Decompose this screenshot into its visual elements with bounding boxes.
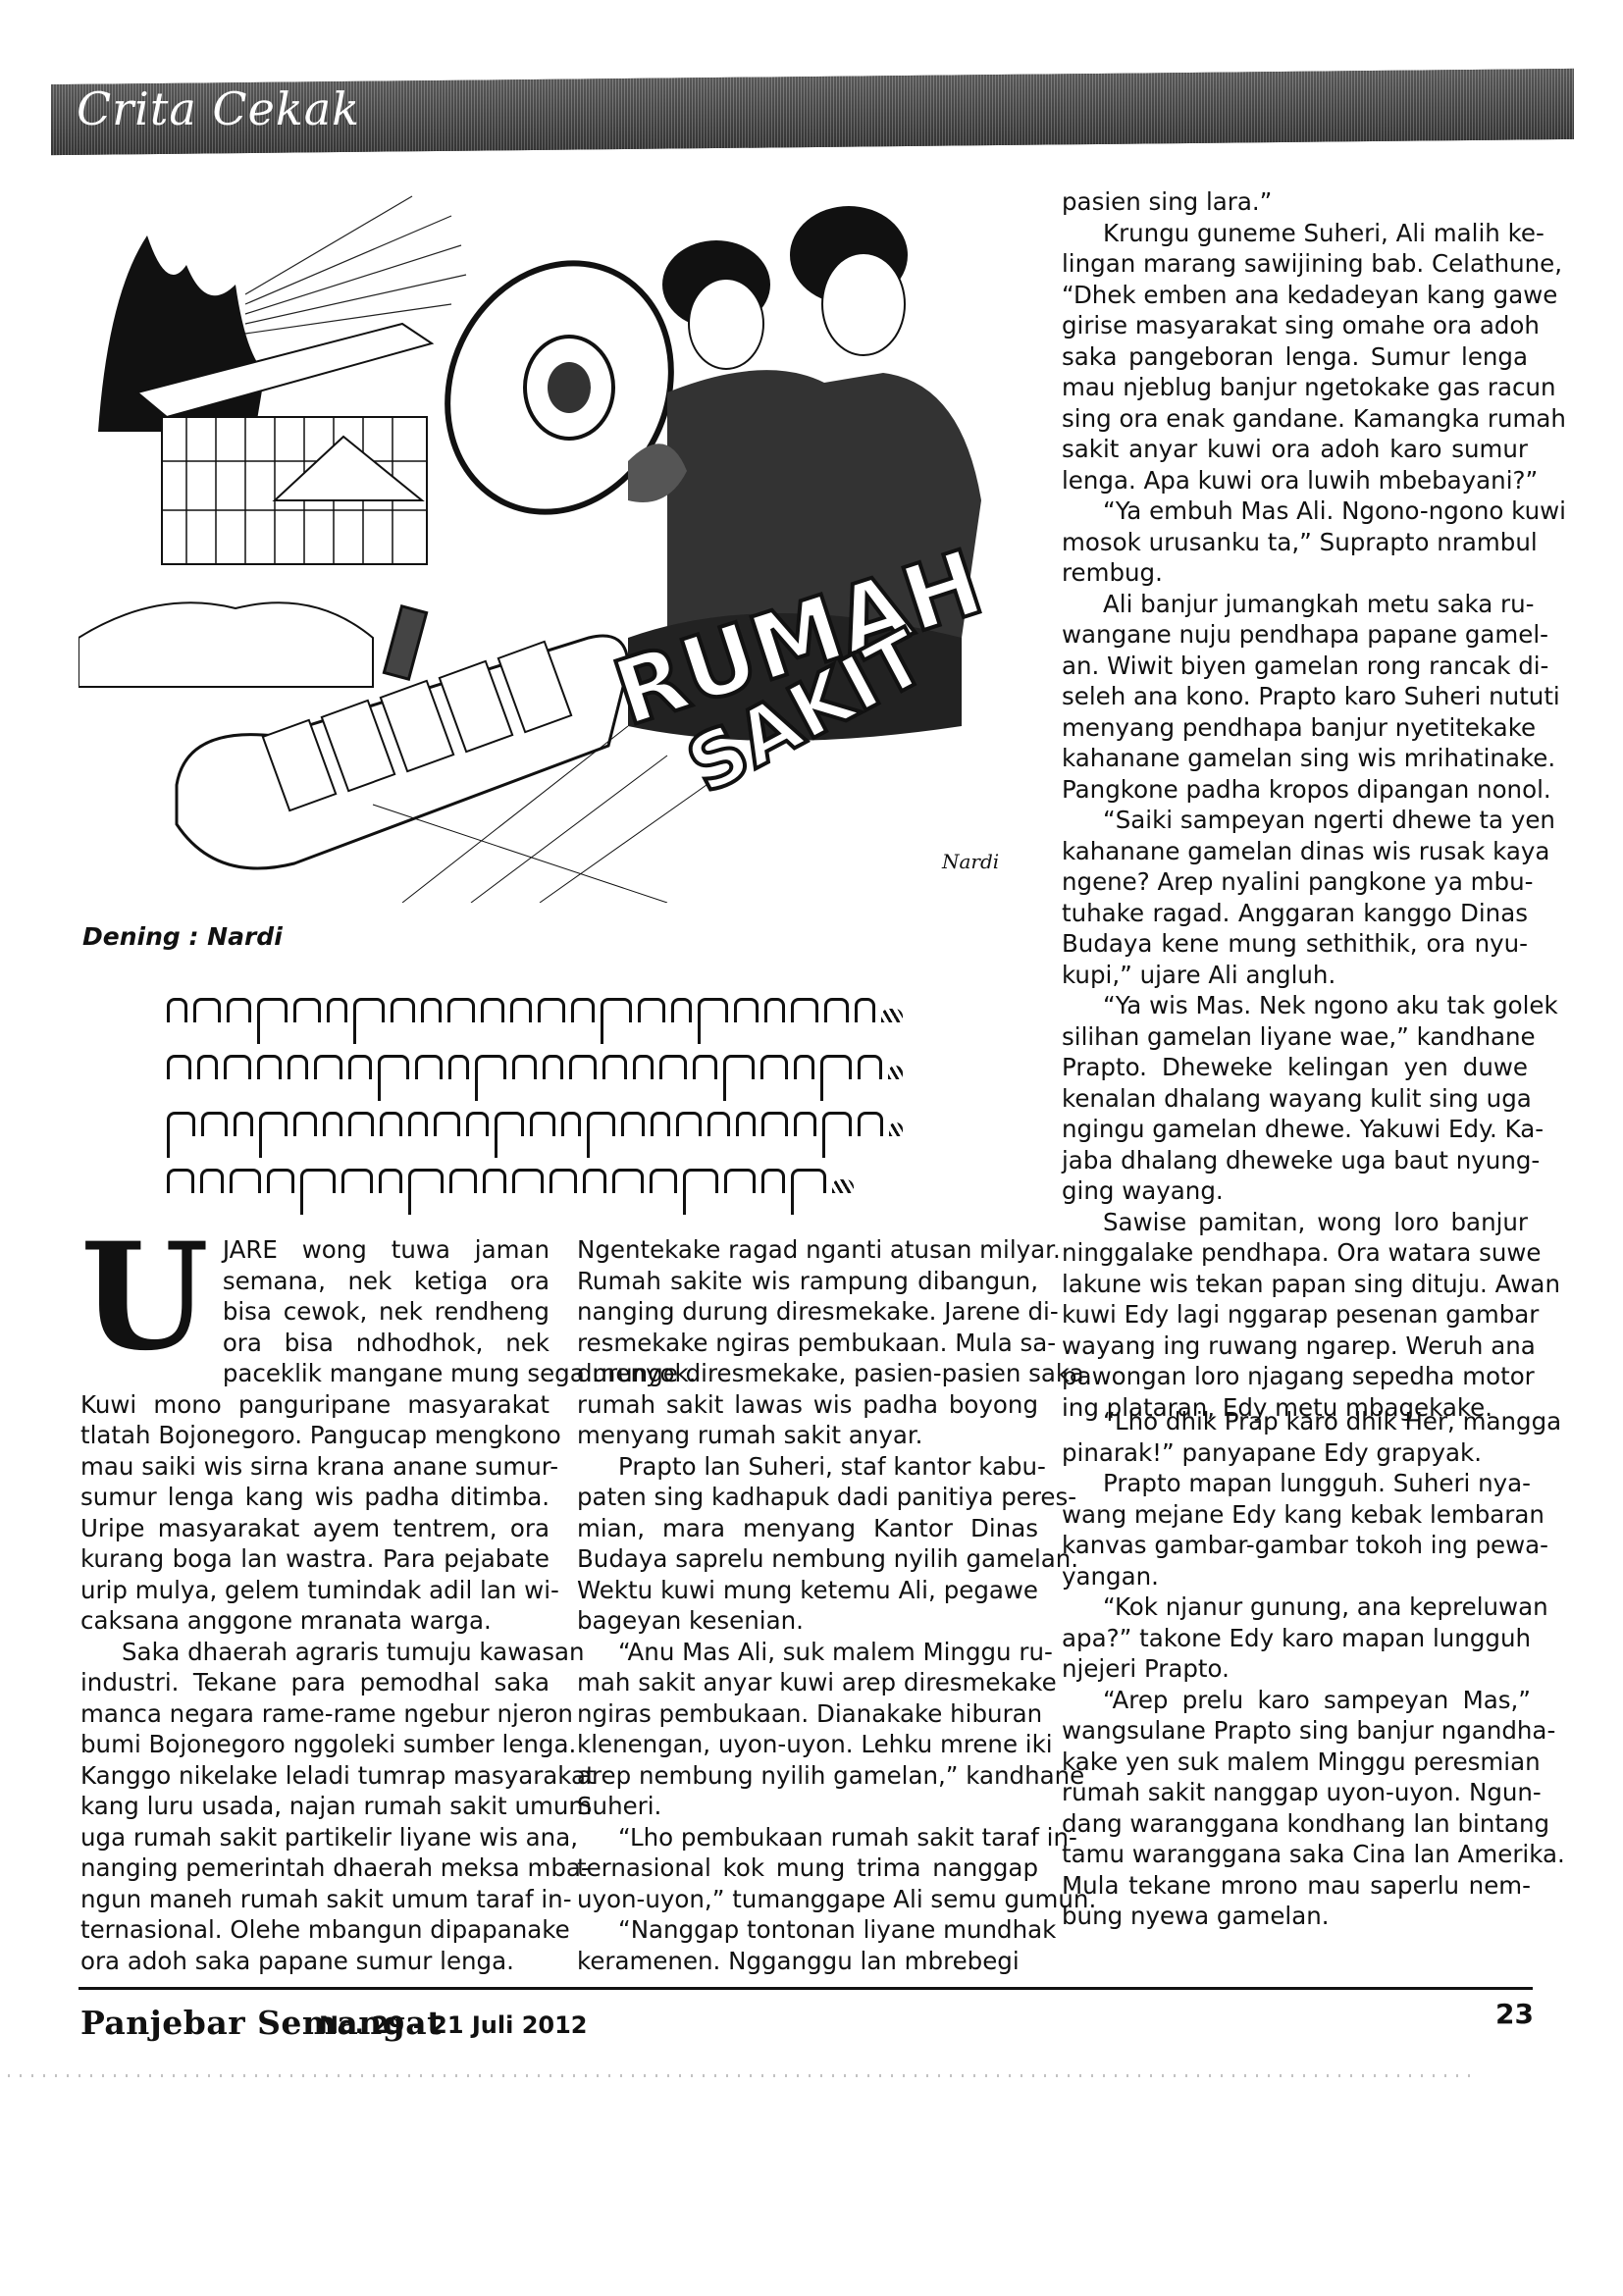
aksara-glyph: [167, 1055, 191, 1079]
aksara-glyph: [378, 1055, 409, 1079]
article-column-1: UJARE wong tuwa jamansemana, nek ketiga …: [80, 1234, 550, 1976]
story-illustration: RUMAH SAKIT Nardi: [79, 177, 1060, 903]
aksara-glyph: [676, 1112, 702, 1136]
aksara-glyph: [683, 1169, 718, 1193]
page-number: 23: [1495, 1998, 1534, 2030]
text-line: ninggalake pendhapa. Ora watara suwe: [1062, 1237, 1528, 1269]
javanese-script-line: [167, 1028, 903, 1079]
text-line: saka pangeboran lenga. Sumur lenga: [1062, 341, 1528, 373]
paragraph: Ngentekake ragad nganti atusan milyar.Ru…: [577, 1234, 1038, 1451]
text-line: wayang ing ruwang ngarep. Weruh ana: [1062, 1331, 1528, 1362]
text-line: jaba dhalang dheweke uga baut nyung-: [1062, 1145, 1528, 1176]
aksara-glyph: [602, 1055, 627, 1079]
text-line: keramenen. Ngganggu lan mbrebegi: [577, 1946, 1038, 1977]
aksara-glyph: [791, 998, 818, 1022]
text-line: Budaya kene mung sethithik, ora nyu-: [1062, 928, 1528, 960]
aksara-glyph: [434, 1112, 459, 1136]
section-title: Crita Cekak: [77, 82, 360, 135]
text-line: uga rumah sakit partikelir liyane wis an…: [80, 1822, 550, 1853]
text-line: mosok urusanku ta,” Suprapto nrambul: [1062, 527, 1528, 558]
aksara-glyph: [571, 998, 596, 1022]
paragraph: “Ya embuh Mas Ali. Ngono-ngono kuwimosok…: [1062, 496, 1528, 589]
aksara-glyph: [791, 1169, 826, 1193]
aksara-glyph: [167, 1112, 195, 1136]
aksara-glyph: [257, 998, 288, 1022]
text-line: rumah sakit nanggap uyon-uyon. Ngun-: [1062, 1777, 1531, 1808]
javanese-script-line: [167, 971, 903, 1022]
aksara-glyph: [601, 998, 631, 1022]
aksara-glyph: [257, 1055, 282, 1079]
text-line: Ngentekake ragad nganti atusan milyar.: [577, 1234, 1038, 1266]
aksara-glyph: [421, 998, 442, 1022]
aksara-glyph: [638, 998, 665, 1022]
text-line: Kanggo nikelake leladi tumrap masyarakat: [80, 1760, 550, 1792]
javanese-script-block: [167, 971, 903, 1199]
text-line: kuwi Edy lagi nggarap pesenan gambar: [1062, 1299, 1528, 1331]
text-line: Ali banjur jumangkah metu saka ru-: [1062, 589, 1528, 620]
text-line: Mula tekane mrono mau saperlu nem-: [1062, 1870, 1531, 1902]
text-line: paten sing kadhapuk dadi panitiya peres-: [577, 1482, 1038, 1513]
text-line: industri. Tekane para pemodhal saka: [80, 1667, 550, 1698]
aksara-glyph: [693, 1055, 717, 1079]
paragraph: Prapto lan Suheri, staf kantor kabu-pate…: [577, 1451, 1038, 1637]
paragraph: Sawise pamitan, wong loro banjurninggala…: [1062, 1207, 1528, 1424]
text-line: Pangkone padha kropos dipangan nonol.: [1062, 774, 1528, 806]
text-line: Rumah sakite wis rampung dibangun,: [577, 1266, 1038, 1297]
aksara-glyph: [167, 1169, 194, 1193]
aksara-glyph: [858, 1112, 883, 1136]
text-line: kang luru usada, najan rumah sakit umum: [80, 1791, 550, 1822]
text-line: kanvas gambar-gambar tokoh ing pewa-: [1062, 1530, 1531, 1561]
text-line: caksana anggone mranata warga.: [80, 1605, 550, 1637]
paragraph: “Nanggap tontonan liyane mundhakkeramene…: [577, 1914, 1038, 1976]
aksara-glyph: [724, 1169, 756, 1193]
aksara-glyph: [353, 998, 384, 1022]
text-line: ngingu gamelan dhewe. Yakuwi Edy. Ka-: [1062, 1114, 1528, 1145]
text-line: njejeri Prapto.: [1062, 1653, 1531, 1685]
aksara-glyph: [201, 1112, 227, 1136]
aksara-glyph: [671, 998, 692, 1022]
pada-lingsa-glyph: [889, 1122, 903, 1136]
paragraph: Ali banjur jumangkah metu saka ru-wangan…: [1062, 589, 1528, 806]
text-line: girise masyarakat sing omahe ora adoh: [1062, 310, 1528, 341]
text-line: “Ya wis Mas. Nek ngono aku tak golek: [1062, 990, 1528, 1021]
text-line: Suheri.: [577, 1791, 1038, 1822]
aksara-glyph: [538, 998, 565, 1022]
aksara-glyph: [197, 1055, 218, 1079]
aksara-glyph: [327, 998, 347, 1022]
text-line: Prapto mapan lungguh. Suheri nya-: [1062, 1468, 1531, 1499]
text-line: “Lho dhik Prap karo dhik Her, mangga: [1062, 1406, 1531, 1437]
paragraph: Saka dhaerah agraris tumuju kawasanindus…: [80, 1637, 550, 1977]
aksara-glyph: [760, 1055, 788, 1079]
paragraph: “Saiki sampeyan ngerti dhewe ta yenkahan…: [1062, 805, 1528, 990]
text-line: ngiras pembukaan. Dianakake hiburan: [577, 1698, 1038, 1730]
text-line: “Nanggap tontonan liyane mundhak: [577, 1914, 1038, 1946]
aksara-glyph: [512, 1169, 544, 1193]
artist-signature: Nardi: [941, 850, 999, 873]
text-line: kahanane gamelan dinas wis rusak kaya: [1062, 836, 1528, 867]
aksara-glyph: [408, 1169, 444, 1193]
text-line: apa?” takone Edy karo mapan lungguh: [1062, 1623, 1531, 1654]
pada-lingsa-glyph: [888, 1066, 903, 1079]
aksara-glyph: [230, 1169, 261, 1193]
aksara-glyph: [621, 1112, 644, 1136]
text-line: kake yen suk malem Minggu peresmian: [1062, 1747, 1531, 1778]
aksara-glyph: [227, 998, 251, 1022]
text-line: “Ya embuh Mas Ali. Ngono-ngono kuwi: [1062, 496, 1528, 527]
drop-cap: U: [80, 1238, 209, 1360]
text-line: bumi Bojonegoro nggoleki sumber lenga.: [80, 1729, 550, 1760]
text-line: “Anu Mas Ali, suk malem Minggu ru-: [577, 1637, 1038, 1668]
aksara-glyph: [550, 1169, 577, 1193]
text-line: ngun maneh rumah sakit umum taraf in-: [80, 1884, 550, 1915]
text-line: resmekake ngiras pembukaan. Mula sa-: [577, 1328, 1038, 1359]
text-line: “Arep prelu karo sampeyan Mas,”: [1062, 1685, 1531, 1716]
pada-lingsa-glyph: [832, 1179, 854, 1193]
aksara-glyph: [466, 1112, 489, 1136]
text-line: lenga. Apa kuwi ora luwih mbebayani?”: [1062, 465, 1528, 496]
text-line: tamu waranggana saka Cina lan Amerika.: [1062, 1839, 1531, 1870]
aksara-glyph: [300, 1169, 336, 1193]
text-line: ging wayang.: [1062, 1175, 1528, 1207]
aksara-glyph: [612, 1169, 644, 1193]
text-line: “Dhek emben ana kedadeyan kang gawe: [1062, 280, 1528, 311]
aksara-glyph: [761, 1112, 787, 1136]
aksara-glyph: [415, 1055, 443, 1079]
aksara-glyph: [314, 1055, 341, 1079]
aksara-glyph: [259, 1112, 288, 1136]
text-line: kurang boga lan wastra. Para pejabate: [80, 1543, 550, 1575]
text-line: bageyan kesenian.: [577, 1605, 1038, 1637]
scan-artifact-line: [8, 2074, 1470, 2077]
text-line: wang mejane Edy kang kebak lembaran: [1062, 1499, 1531, 1531]
right-column-text: pasien sing lara.”Krungu guneme Suheri, …: [1062, 186, 1528, 1423]
text-line: “Lho pembukaan rumah sakit taraf in-: [577, 1822, 1038, 1853]
aksara-glyph: [293, 1112, 316, 1136]
aksara-glyph: [267, 1169, 294, 1193]
aksara-glyph: [530, 1112, 555, 1136]
paragraph: Prapto mapan lungguh. Suheri nya-wang me…: [1062, 1468, 1531, 1592]
paragraph: “Arep prelu karo sampeyan Mas,”wangsulan…: [1062, 1685, 1531, 1932]
aksara-glyph: [736, 1112, 756, 1136]
aksara-glyph: [495, 1112, 523, 1136]
aksara-glyph: [510, 998, 531, 1022]
text-line: silihan gamelan liyane wae,” kandhane: [1062, 1021, 1528, 1053]
aksara-glyph: [723, 1055, 755, 1079]
text-line: sing ora enak gandane. Kamangka rumah: [1062, 403, 1528, 435]
aksara-glyph: [858, 1055, 882, 1079]
article-column-2: Ngentekake ragad nganti atusan milyar.Ru…: [577, 1234, 1038, 1976]
aksara-glyph: [698, 998, 728, 1022]
text-line: Uripe masyarakat ayem tentrem, ora: [80, 1513, 550, 1544]
aksara-glyph: [822, 1112, 851, 1136]
text-line: uyon-uyon,” tumanggape Ali semu gumun.: [577, 1884, 1038, 1915]
text-line: pawongan loro njagang sepedha motor: [1062, 1361, 1528, 1392]
text-line: Wektu kuwi mung ketemu Ali, pegawe: [577, 1575, 1038, 1606]
text-line: Krungu guneme Suheri, Ali malih ke-: [1062, 218, 1528, 249]
pada-lingsa-glyph: [881, 1009, 903, 1022]
aksara-glyph: [794, 1055, 814, 1079]
text-line: Prapto. Dheweke kelingan yen duwe: [1062, 1052, 1528, 1083]
text-line: mah sakit anyar kuwi arep diresmekake: [577, 1667, 1038, 1698]
javanese-script-line: [167, 1142, 903, 1193]
text-line: mau njeblug banjur ngetokake gas racun: [1062, 372, 1528, 403]
aksara-glyph: [379, 1169, 402, 1193]
aksara-glyph: [583, 1169, 606, 1193]
javanese-script-line: [167, 1085, 903, 1136]
text-line: wangsulane Prapto sing banjur ngandha-: [1062, 1715, 1531, 1747]
text-line: menyang pendhapa banjur nyetitekake: [1062, 712, 1528, 744]
text-line: kahanane gamelan sing wis mrihatinake.: [1062, 743, 1528, 774]
aksara-glyph: [200, 1169, 224, 1193]
text-line: kupi,” ujare Ali angluh.: [1062, 960, 1528, 991]
aksara-glyph: [543, 1055, 563, 1079]
issue-info: No. 29 - 21 Juli 2012: [319, 2011, 588, 2039]
paragraph: “Kok njanur gunung, ana kepreluwanapa?” …: [1062, 1592, 1531, 1685]
text-line: ngene? Arep nyalini pangkone ya mbu-: [1062, 866, 1528, 898]
aksara-glyph: [341, 1169, 373, 1193]
text-line: rembug.: [1062, 557, 1528, 589]
text-line: rumah sakit lawas wis padha boyong: [577, 1389, 1038, 1421]
paragraph: “Ya wis Mas. Nek ngono aku tak goleksili…: [1062, 990, 1528, 1207]
text-line: mau saiki wis sirna krana anane sumur-: [80, 1451, 550, 1483]
aksara-glyph: [659, 1055, 687, 1079]
aksara-glyph: [569, 1055, 597, 1079]
aksara-glyph: [651, 1112, 670, 1136]
footer-rule: [79, 1987, 1533, 1990]
aksara-glyph: [348, 1112, 374, 1136]
aksara-glyph: [288, 1055, 308, 1079]
text-line: nanging durung diresmekake. Jarene di-: [577, 1296, 1038, 1328]
text-line: tuhake ragad. Anggaran kanggo Dinas: [1062, 898, 1528, 929]
aksara-glyph: [512, 1055, 537, 1079]
aksara-glyph: [764, 998, 785, 1022]
text-line: nanging pemerintah dhaerah meksa mba-: [80, 1852, 550, 1884]
text-line: sakit anyar kuwi ora adoh karo sumur: [1062, 434, 1528, 465]
text-line: menyang rumah sakit anyar.: [577, 1420, 1038, 1451]
text-line: ternasional kok mung trima nanggap: [577, 1852, 1038, 1884]
text-line: lingan marang sawijining bab. Celathune,: [1062, 248, 1528, 280]
aksara-glyph: [707, 1112, 730, 1136]
aksara-glyph: [391, 998, 415, 1022]
text-line: bung nyewa gamelan.: [1062, 1901, 1531, 1932]
aksara-glyph: [293, 998, 321, 1022]
text-line: Budaya saprelu nembung nyilih gamelan.: [577, 1543, 1038, 1575]
text-line: “Saiki sampeyan ngerti dhewe ta yen: [1062, 805, 1528, 836]
text-line: kenalan dhalang wayang kulit sing uga: [1062, 1083, 1528, 1115]
paragraph: UJARE wong tuwa jamansemana, nek ketiga …: [80, 1234, 550, 1637]
text-line: lakune wis tekan papan sing dituju. Awan: [1062, 1269, 1528, 1300]
text-line: yangan.: [1062, 1561, 1531, 1592]
aksara-glyph: [380, 1112, 402, 1136]
article-column-3: “Lho dhik Prap karo dhik Her, manggapina…: [1062, 1406, 1531, 1932]
paragraph: “Lho dhik Prap karo dhik Her, manggapina…: [1062, 1406, 1531, 1468]
aksara-glyph: [167, 998, 187, 1022]
aksara-glyph: [448, 1055, 469, 1079]
aksara-glyph: [475, 1055, 506, 1079]
paragraph: Krungu guneme Suheri, Ali malih ke-linga…: [1062, 218, 1528, 496]
aksara-glyph: [234, 1112, 253, 1136]
aksara-glyph: [650, 1169, 677, 1193]
aksara-glyph: [824, 998, 849, 1022]
aksara-glyph: [794, 1112, 816, 1136]
aksara-glyph: [855, 998, 875, 1022]
text-line: dang waranggana kondhang lan bintang: [1062, 1808, 1531, 1840]
aksara-glyph: [323, 1112, 342, 1136]
text-line: seleh ana kono. Prapto karo Suheri nutut…: [1062, 681, 1528, 712]
text-line: ternasional. Olehe mbangun dipapanake: [80, 1914, 550, 1946]
text-line: mian, mara menyang Kantor Dinas: [577, 1513, 1038, 1544]
text-line: urip mulya, gelem tumindak adil lan wi-: [80, 1575, 550, 1606]
aksara-glyph: [633, 1055, 654, 1079]
aksara-glyph: [447, 998, 475, 1022]
paragraph: “Anu Mas Ali, suk malem Minggu ru-mah sa…: [577, 1637, 1038, 1822]
text-line: Prapto lan Suheri, staf kantor kabu-: [577, 1451, 1038, 1483]
aksara-glyph: [820, 1055, 852, 1079]
paragraph: pasien sing lara.”: [1062, 186, 1528, 218]
text-line: klenengan, uyon-uyon. Lehku mrene iki: [577, 1729, 1038, 1760]
text-line: Saka dhaerah agraris tumuju kawasan: [80, 1637, 550, 1668]
byline: Dening : Nardi: [82, 922, 283, 951]
aksara-glyph: [587, 1112, 615, 1136]
paragraph: “Lho pembukaan rumah sakit taraf in-tern…: [577, 1822, 1038, 1915]
text-line: arep nembung nyilih gamelan,” kandhane: [577, 1760, 1038, 1792]
aksara-glyph: [348, 1055, 373, 1079]
aksara-glyph: [734, 998, 759, 1022]
aksara-glyph: [449, 1169, 477, 1193]
aksara-glyph: [224, 1055, 251, 1079]
text-line: durunge diresmekake, pasien-pasien saka: [577, 1358, 1038, 1389]
aksara-glyph: [483, 1169, 506, 1193]
text-line: pasien sing lara.”: [1062, 186, 1528, 218]
aksara-glyph: [561, 1112, 581, 1136]
text-line: “Kok njanur gunung, ana kepreluwan: [1062, 1592, 1531, 1623]
aksara-glyph: [408, 1112, 428, 1136]
text-line: pinarak!” panyapane Edy grapyak.: [1062, 1437, 1531, 1469]
text-line: ora adoh saka papane sumur lenga.: [80, 1946, 550, 1977]
text-line: an. Wiwit biyen gamelan rong rancak di-: [1062, 651, 1528, 682]
sun-rays-icon: [245, 196, 466, 334]
text-line: tlatah Bojonegoro. Pangucap mengkono: [80, 1420, 550, 1451]
text-line: wangane nuju pendhapa papane gamel-: [1062, 619, 1528, 651]
text-line: Sawise pamitan, wong loro banjur: [1062, 1207, 1528, 1238]
aksara-glyph: [481, 998, 505, 1022]
text-line: sumur lenga kang wis padha ditimba.: [80, 1482, 550, 1513]
text-line: manca negara rame-rame ngebur njeron: [80, 1698, 550, 1730]
text-line: Kuwi mono panguripane masyarakat: [80, 1389, 550, 1421]
aksara-glyph: [193, 998, 221, 1022]
aksara-glyph: [761, 1169, 785, 1193]
